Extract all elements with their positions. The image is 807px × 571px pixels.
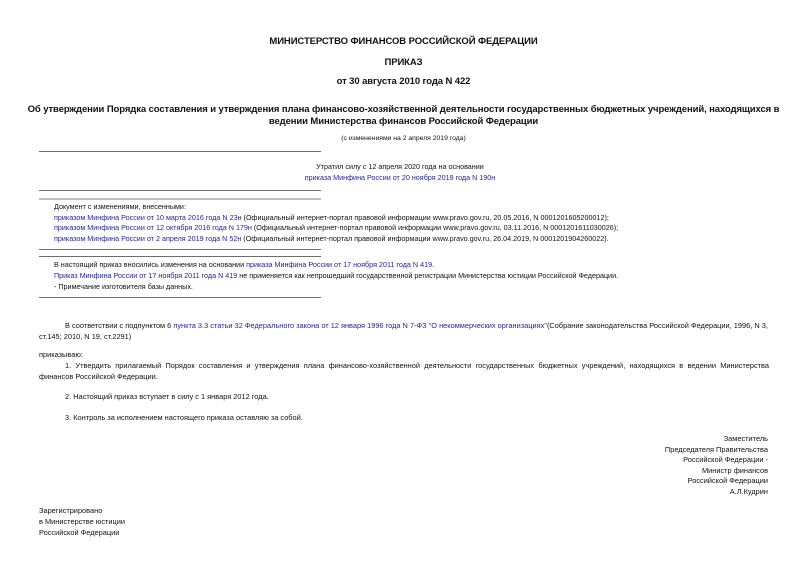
amendments-block: Документ с изменениями, внесенными: прик… (54, 202, 794, 244)
order-word: приказываю: (39, 349, 83, 360)
doc-title-line-2: ведении Министерства финансов Российской… (0, 116, 807, 128)
separator-line (39, 151, 321, 152)
registration-line: в Министерстве юстиции (39, 516, 125, 527)
note-line-2: Приказ Минфина России от 17 ноября 2011 … (54, 270, 794, 281)
doc-title-line-1: Об утверждении Порядка составления и утв… (0, 104, 807, 116)
registration-block: Зарегистрировано в Министерстве юстиции … (39, 505, 125, 538)
preamble-law-link[interactable]: пункта 3.3 статьи 32 Федерального закона… (173, 321, 547, 330)
signature-line: Заместитель (560, 434, 768, 445)
amendment-link[interactable]: приказом Минфина России от 2 апреля 2019… (54, 234, 241, 243)
signature-line: Председателя Правительства (560, 445, 768, 456)
amendment-source: (Официальный интернет-портал правовой ин… (252, 223, 618, 232)
database-note: В настоящий приказ вносились изменения н… (54, 259, 794, 292)
separator-line (39, 297, 321, 298)
separator-line (39, 249, 321, 250)
amendment-source: (Официальный интернет-портал правовой ин… (241, 234, 608, 243)
registration-line: Зарегистрировано (39, 505, 125, 516)
note-text: В настоящий приказ вносились изменения н… (54, 260, 246, 269)
preamble-text: В соответствии с подпунктом 6 (65, 321, 173, 330)
signature-line: Российской Федерации (560, 476, 768, 487)
signature-line: Министр финансов (560, 466, 768, 477)
order-point-3: 3. Контроль за исполнением настоящего пр… (39, 412, 769, 423)
note-text-end: . (432, 260, 434, 269)
separator-line (39, 190, 321, 191)
note-link[interactable]: Приказ Минфина России от 17 ноября 2011 … (54, 271, 237, 280)
order-point-1: 1. Утвердить прилагаемый Порядок составл… (39, 360, 769, 382)
separator-line (39, 256, 321, 257)
amendment-item: приказом Минфина России от 2 апреля 2019… (54, 234, 794, 245)
separator-line-light (39, 198, 321, 200)
amendment-item: приказом Минфина России от 10 марта 2016… (54, 213, 794, 224)
amendments-intro: Документ с изменениями, внесенными: (54, 202, 794, 213)
note-link[interactable]: приказа Минфина России от 17 ноября 2011… (246, 260, 432, 269)
doc-title: Об утверждении Порядка составления и утв… (0, 104, 807, 128)
preamble: В соответствии с подпунктом 6 пункта 3.3… (39, 320, 769, 342)
note-line-3: - Примечание изготовителя базы данных. (54, 281, 794, 292)
revision-note: (с изменениями на 2 апреля 2019 года) (0, 134, 807, 145)
ministry-heading: МИНИСТЕРСТВО ФИНАНСОВ РОССИЙСКОЙ ФЕДЕРАЦ… (0, 36, 807, 47)
registration-line: Российской Федерации (39, 527, 125, 538)
doc-type-heading: ПРИКАЗ (0, 57, 807, 68)
note-text: не применяется как непрошедший государст… (237, 271, 618, 280)
amendment-item: приказом Минфина России от 12 октября 20… (54, 223, 794, 234)
amendment-link[interactable]: приказом Минфина России от 10 марта 2016… (54, 213, 242, 222)
expired-notice: Утратил силу с 12 апреля 2020 года на ос… (290, 162, 510, 183)
signature-name: А.Л.Кудрин (560, 487, 768, 498)
expired-link[interactable]: приказа Минфина России от 20 ноября 2019… (290, 173, 510, 184)
note-line-1: В настоящий приказ вносились изменения н… (54, 259, 794, 270)
amendment-link[interactable]: приказом Минфина России от 12 октября 20… (54, 223, 252, 232)
expired-text: Утратил силу с 12 апреля 2020 года на ос… (290, 162, 510, 173)
doc-date-number: от 30 августа 2010 года N 422 (0, 76, 807, 87)
order-point-2: 2. Настоящий приказ вступает в силу с 1 … (39, 391, 769, 402)
amendment-source: (Официальный интернет-портал правовой ин… (242, 213, 609, 222)
signature-block: Заместитель Председателя Правительства Р… (560, 434, 768, 498)
signature-line: Российской Федерации - (560, 455, 768, 466)
